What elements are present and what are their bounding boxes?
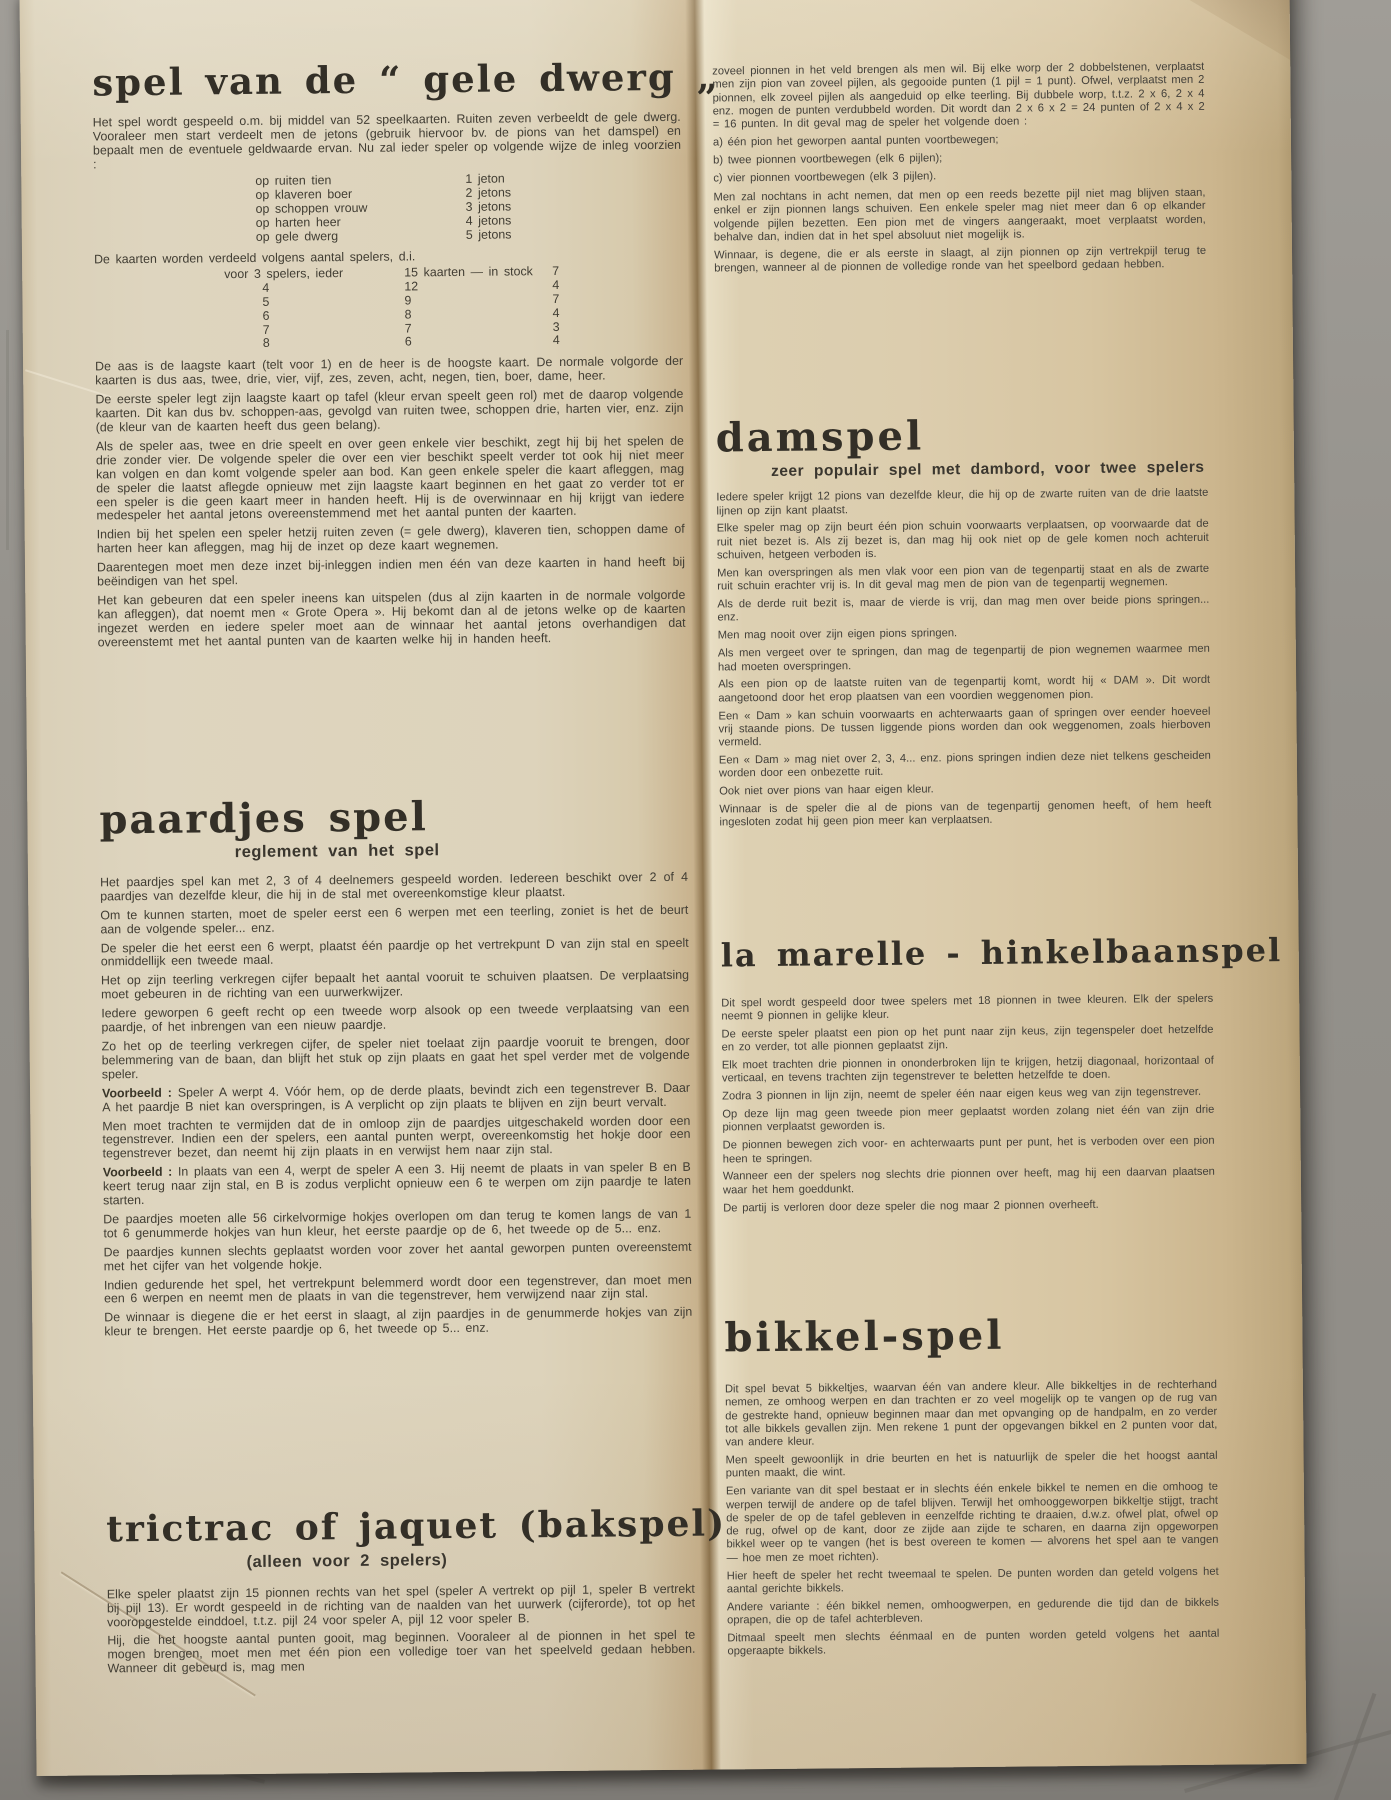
deal-cell: 8 <box>405 307 553 322</box>
paragraph: Iedere geworpen 6 geeft recht op een twe… <box>101 1002 689 1035</box>
paper-corner-fold <box>1151 0 1290 61</box>
paragraph: Hier heeft de speler het recht tweemaal … <box>727 1565 1219 1596</box>
paragraph: Men zal nochtans in acht nemen, dat men … <box>713 187 1205 245</box>
section-subtitle: reglement van het spel <box>100 842 688 862</box>
paragraph-example: Voorbeeld : In plaats van een 4, werpt d… <box>103 1161 691 1208</box>
paragraph: Men kan overspringen als men vlak voor e… <box>717 563 1209 594</box>
section-la-marelle: la marelle - hinkelbaanspel Dit spel wor… <box>721 935 1216 1220</box>
paragraph: De paardjes moeten alle 56 cirkelvormige… <box>103 1208 691 1241</box>
deal-cell: 15 kaarten — in stock <box>404 265 552 280</box>
paragraph: Winnaar, is degene, die er als eerste in… <box>714 245 1206 276</box>
paragraph: Als de speler aas, twee en drie speelt e… <box>96 435 685 524</box>
example-lead: Voorbeeld : <box>103 1165 173 1180</box>
stake-amount: 5 jetons <box>466 229 512 243</box>
section-bikkel-spel: bikkel-spel Dit spel bevat 5 bikkeltjes,… <box>724 1313 1219 1664</box>
paragraph: Wanneer een der spelers nog slechts drie… <box>723 1166 1215 1197</box>
paragraph: Het spel wordt gespeeld o.m. bij middel … <box>93 111 682 172</box>
paragraph: Een « Dam » mag niet over 2, 3, 4... enz… <box>719 750 1211 781</box>
deal-cell: 7 <box>263 322 405 337</box>
deal-cell: 7 <box>552 293 559 307</box>
deal-cell: 7 <box>405 321 553 336</box>
paragraph: Men speelt gewoonlijk in drie beurten en… <box>726 1450 1218 1481</box>
section-title-la-marelle: la marelle - hinkelbaanspel <box>721 935 1213 973</box>
paragraph: Dit spel wordt gespeeld door twee speler… <box>721 992 1213 1023</box>
paragraph: zoveel pionnen in het veld brengen als m… <box>712 61 1205 132</box>
paragraph: Het paardjes spel kan met 2, 3 of 4 deel… <box>100 871 688 904</box>
floor-grout-line <box>6 330 9 550</box>
example-text: In plaats van een 4, werpt de speler A e… <box>103 1160 691 1207</box>
paragraph: De paardjes kunnen slechts geplaatst wor… <box>104 1240 692 1273</box>
paragraph: Indien gedurende het spel, het vertrekpu… <box>104 1273 692 1306</box>
option-item: c) vier pionnen voortbewegen (elk 3 pijl… <box>713 168 1205 186</box>
paragraph: Elke speler mag op zijn beurt één pion s… <box>717 518 1209 563</box>
paragraph: Als de derde ruit bezit is, maar de vier… <box>717 594 1209 625</box>
deal-cell: 4 <box>552 279 559 293</box>
paragraph: Iedere speler krijgt 12 pions van dezelf… <box>716 487 1208 518</box>
section-trictrac: trictrac of jaquet (bakspel) (alleen voo… <box>106 1506 696 1682</box>
paragraph: Elk moet trachten drie pionnen in ononde… <box>722 1055 1214 1086</box>
paragraph: De winnaar is diegene die er het eerst i… <box>104 1306 692 1339</box>
section-gele-dwerg: spel van de “ gele dwerg „ Het spel word… <box>92 58 686 655</box>
section-title-bikkel: bikkel-spel <box>724 1313 1216 1360</box>
paragraph: Een « Dam » kan schuin voorwaarts en ach… <box>718 705 1210 750</box>
photo-of-leaflet: { "style": { "paper_color": "#ddd3bb", "… <box>0 0 1391 1800</box>
paragraph: Zo het op de teerling verkregen cijfer, … <box>102 1035 690 1082</box>
paragraph: De speler die het eerst een 6 werpt, pla… <box>101 936 689 969</box>
paragraph: Men mag nooit over zijn eigen pions spri… <box>718 625 1210 643</box>
paragraph: Om te kunnen starten, moet de speler eer… <box>100 903 688 936</box>
deal-cell: 4 <box>553 307 560 321</box>
section-title-paardjes: paardjes spel <box>99 794 687 842</box>
deal-cell: 4 <box>553 334 560 348</box>
paragraph: Daarentegen moet men deze inzet bij-inle… <box>97 556 685 589</box>
paragraph: Als een pion op de laatste ruiten van de… <box>718 674 1210 705</box>
stake-card: op gele dwerg <box>256 229 466 245</box>
paragraph: Andere variante : één bikkel nemen, omho… <box>727 1597 1219 1628</box>
deal-cell: 8 <box>263 336 405 351</box>
paragraph: Zodra 3 pionnen in lijn zijn, neemt de s… <box>722 1086 1214 1104</box>
section-paardjes-spel: paardjes spel reglement van het spel Het… <box>99 794 692 1345</box>
paragraph: De pionnen bewegen zich voor- en achterw… <box>723 1135 1215 1166</box>
paragraph: Men moet trachten te vermijden dat de in… <box>102 1114 690 1161</box>
example-lead: Voorbeeld : <box>102 1085 172 1100</box>
paragraph: Winnaar is de speler die al de pions van… <box>719 799 1211 830</box>
paragraph: Ditmaal speelt men slechts éénmaal en de… <box>727 1628 1219 1659</box>
deal-cell: 5 <box>262 294 404 309</box>
paragraph: Hij, die het hoogste aantal punten gooit… <box>107 1629 695 1676</box>
deal-cell: 6 <box>263 308 405 323</box>
deal-cell: 4 <box>262 280 404 295</box>
section-subtitle: zeer populair spel met dambord, voor twe… <box>716 461 1208 479</box>
paragraph: Indien bij het spelen een speler hetzij … <box>97 523 685 556</box>
deal-cell: 12 <box>404 279 552 294</box>
deal-cell: 9 <box>404 293 552 308</box>
paragraph: De eerste speler legt zijn laagste kaart… <box>95 388 683 435</box>
paragraph: Dit spel bevat 5 bikkeltjes, waarvan één… <box>725 1379 1218 1450</box>
option-item: b) twee pionnen voortbewegen (elk 6 pijl… <box>713 150 1205 168</box>
paper-leaflet: spel van de “ gele dwerg „ Het spel word… <box>19 0 1306 1776</box>
paragraph: De eerste speler plaatst een pion op het… <box>721 1024 1213 1055</box>
section-damspel: damspel zeer populair spel met dambord, … <box>716 413 1212 835</box>
paragraph-example: Voorbeeld : Speler A werpt 4. Vóór hem, … <box>102 1081 690 1114</box>
deal-table: voor 3 spelers, ieder15 kaarten — in sto… <box>94 264 683 353</box>
paragraph: De partij is verloren door deze speler d… <box>723 1197 1215 1215</box>
section-subtitle: (alleen voor 2 spelers) <box>107 1552 695 1572</box>
deal-cell: 3 <box>553 320 560 334</box>
section-trictrac-continued: zoveel pionnen in het veld brengen als m… <box>712 61 1206 281</box>
paragraph: Het kan gebeuren dat een speler ineens k… <box>97 589 686 650</box>
paragraph: Ook niet over pions van haar eigen kleur… <box>719 781 1211 799</box>
example-text: Speler A werpt 4. Vóór hem, op de derde … <box>102 1080 690 1114</box>
paragraph: Op deze lijn mag geen tweede pion meer g… <box>722 1104 1214 1135</box>
paragraph: Het op zijn teerling verkregen cijfer be… <box>101 969 689 1002</box>
section-title-gele-dwerg: spel van de “ gele dwerg „ <box>92 58 680 102</box>
stakes-list: op ruiten tien1 jeton op klaveren boer2 … <box>93 171 682 246</box>
deal-cell: 6 <box>405 334 553 349</box>
option-item: a) één pion het geworpen aantal punten v… <box>713 132 1205 150</box>
deal-cell: 7 <box>552 265 559 279</box>
section-title-trictrac: trictrac of jaquet (bakspel) <box>106 1506 694 1549</box>
paragraph: Een variante van dit spel bestaat er in … <box>726 1481 1219 1566</box>
paragraph: De aas is de laagste kaart (telt voor 1)… <box>95 355 683 388</box>
paragraph: Elke speler plaatst zijn 15 pionnen rech… <box>107 1582 695 1629</box>
section-title-damspel: damspel <box>716 413 1208 460</box>
paragraph: Als men vergeet over te springen, dan ma… <box>718 643 1210 674</box>
